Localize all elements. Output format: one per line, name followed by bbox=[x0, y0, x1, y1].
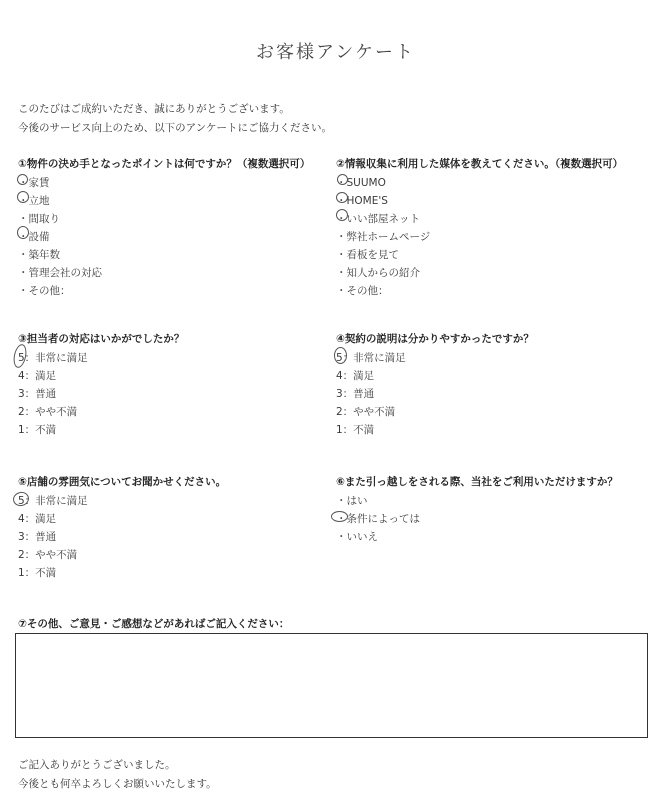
comment-textarea[interactable] bbox=[15, 633, 648, 738]
q4-option-2[interactable]: 2：やや不満 bbox=[336, 403, 534, 421]
question-6-heading: ⑥また引っ越しをされる際、当社をご利用いただけますか？ bbox=[336, 474, 618, 489]
q3-option-5[interactable]: 5：非常に満足 bbox=[18, 349, 184, 367]
q5-option-4[interactable]: 4：満足 bbox=[18, 510, 226, 528]
q6-option-yes[interactable]: ・はい bbox=[336, 492, 618, 510]
question-1: ①物件の決め手となったポイントは何ですか？（複数選択可） ・家賃 ・立地 ・間取… bbox=[18, 156, 310, 300]
question-5-heading: ⑤店舗の雰囲気についてお聞かせください。 bbox=[18, 474, 226, 489]
question-3: ③担当者の対応はいかがでしたか？ 5：非常に満足 4：満足 3：普通 2：やや不… bbox=[18, 331, 184, 439]
question-4-heading: ④契約の説明は分かりやすかったですか？ bbox=[336, 331, 534, 346]
question-7-heading: ⑦その他、ご意見・ご感想などがあればご記入ください： bbox=[18, 616, 289, 631]
question-4: ④契約の説明は分かりやすかったですか？ 5：非常に満足 4：満足 3：普通 2：… bbox=[336, 331, 534, 439]
q2-option-homes[interactable]: ・HOME'S bbox=[336, 192, 623, 210]
q3-option-1[interactable]: 1：不満 bbox=[18, 421, 184, 439]
q1-option-layout[interactable]: ・間取り bbox=[18, 210, 310, 228]
question-3-heading: ③担当者の対応はいかがでしたか？ bbox=[18, 331, 184, 346]
q3-option-2[interactable]: 2：やや不満 bbox=[18, 403, 184, 421]
q4-option-4[interactable]: 4：満足 bbox=[336, 367, 534, 385]
q1-option-rent[interactable]: ・家賃 bbox=[18, 174, 310, 192]
q2-option-other[interactable]: ・その他： bbox=[336, 282, 623, 300]
q1-option-age[interactable]: ・築年数 bbox=[18, 246, 310, 264]
q1-option-facilities[interactable]: ・設備 bbox=[18, 228, 310, 246]
q2-option-iiheya[interactable]: ・いい部屋ネット bbox=[336, 210, 623, 228]
q6-option-no[interactable]: ・いいえ bbox=[336, 528, 618, 546]
q6-option-depends[interactable]: ・条件によっては bbox=[336, 510, 618, 528]
outro-line-2: 今後とも何卒よろしくお願いいたします。 bbox=[18, 776, 217, 791]
q1-option-management[interactable]: ・管理会社の対応 bbox=[18, 264, 310, 282]
question-2: ②情報収集に利用した媒体を教えてください。（複数選択可） ・SUUMO ・HOM… bbox=[336, 156, 623, 300]
question-1-heading: ①物件の決め手となったポイントは何ですか？（複数選択可） bbox=[18, 156, 310, 171]
q2-option-referral[interactable]: ・知人からの紹介 bbox=[336, 264, 623, 282]
q2-option-suumo[interactable]: ・SUUMO bbox=[336, 174, 623, 192]
q5-option-5[interactable]: 5：非常に満足 bbox=[18, 492, 226, 510]
q1-option-location[interactable]: ・立地 bbox=[18, 192, 310, 210]
q2-option-company-site[interactable]: ・弊社ホームページ bbox=[336, 228, 623, 246]
question-5: ⑤店舗の雰囲気についてお聞かせください。 5：非常に満足 4：満足 3：普通 2… bbox=[18, 474, 226, 582]
q3-option-3[interactable]: 3：普通 bbox=[18, 385, 184, 403]
q4-option-3[interactable]: 3：普通 bbox=[336, 385, 534, 403]
question-2-heading: ②情報収集に利用した媒体を教えてください。（複数選択可） bbox=[336, 156, 623, 171]
q5-option-3[interactable]: 3：普通 bbox=[18, 528, 226, 546]
q1-option-other[interactable]: ・その他： bbox=[18, 282, 310, 300]
q4-option-1[interactable]: 1：不満 bbox=[336, 421, 534, 439]
page-title: お客様アンケート bbox=[0, 38, 671, 64]
intro-line-2: 今後のサービス向上のため、以下のアンケートにご協力ください。 bbox=[18, 120, 332, 135]
q3-option-4[interactable]: 4：満足 bbox=[18, 367, 184, 385]
q4-option-5[interactable]: 5：非常に満足 bbox=[336, 349, 534, 367]
intro-line-1: このたびはご成約いただき、誠にありがとうございます。 bbox=[18, 101, 290, 116]
outro-line-1: ご記入ありがとうございました。 bbox=[18, 757, 176, 772]
q5-option-2[interactable]: 2：やや不満 bbox=[18, 546, 226, 564]
q5-option-1[interactable]: 1：不満 bbox=[18, 564, 226, 582]
q2-option-signboard[interactable]: ・看板を見て bbox=[336, 246, 623, 264]
question-6: ⑥また引っ越しをされる際、当社をご利用いただけますか？ ・はい ・条件によっては… bbox=[336, 474, 618, 546]
